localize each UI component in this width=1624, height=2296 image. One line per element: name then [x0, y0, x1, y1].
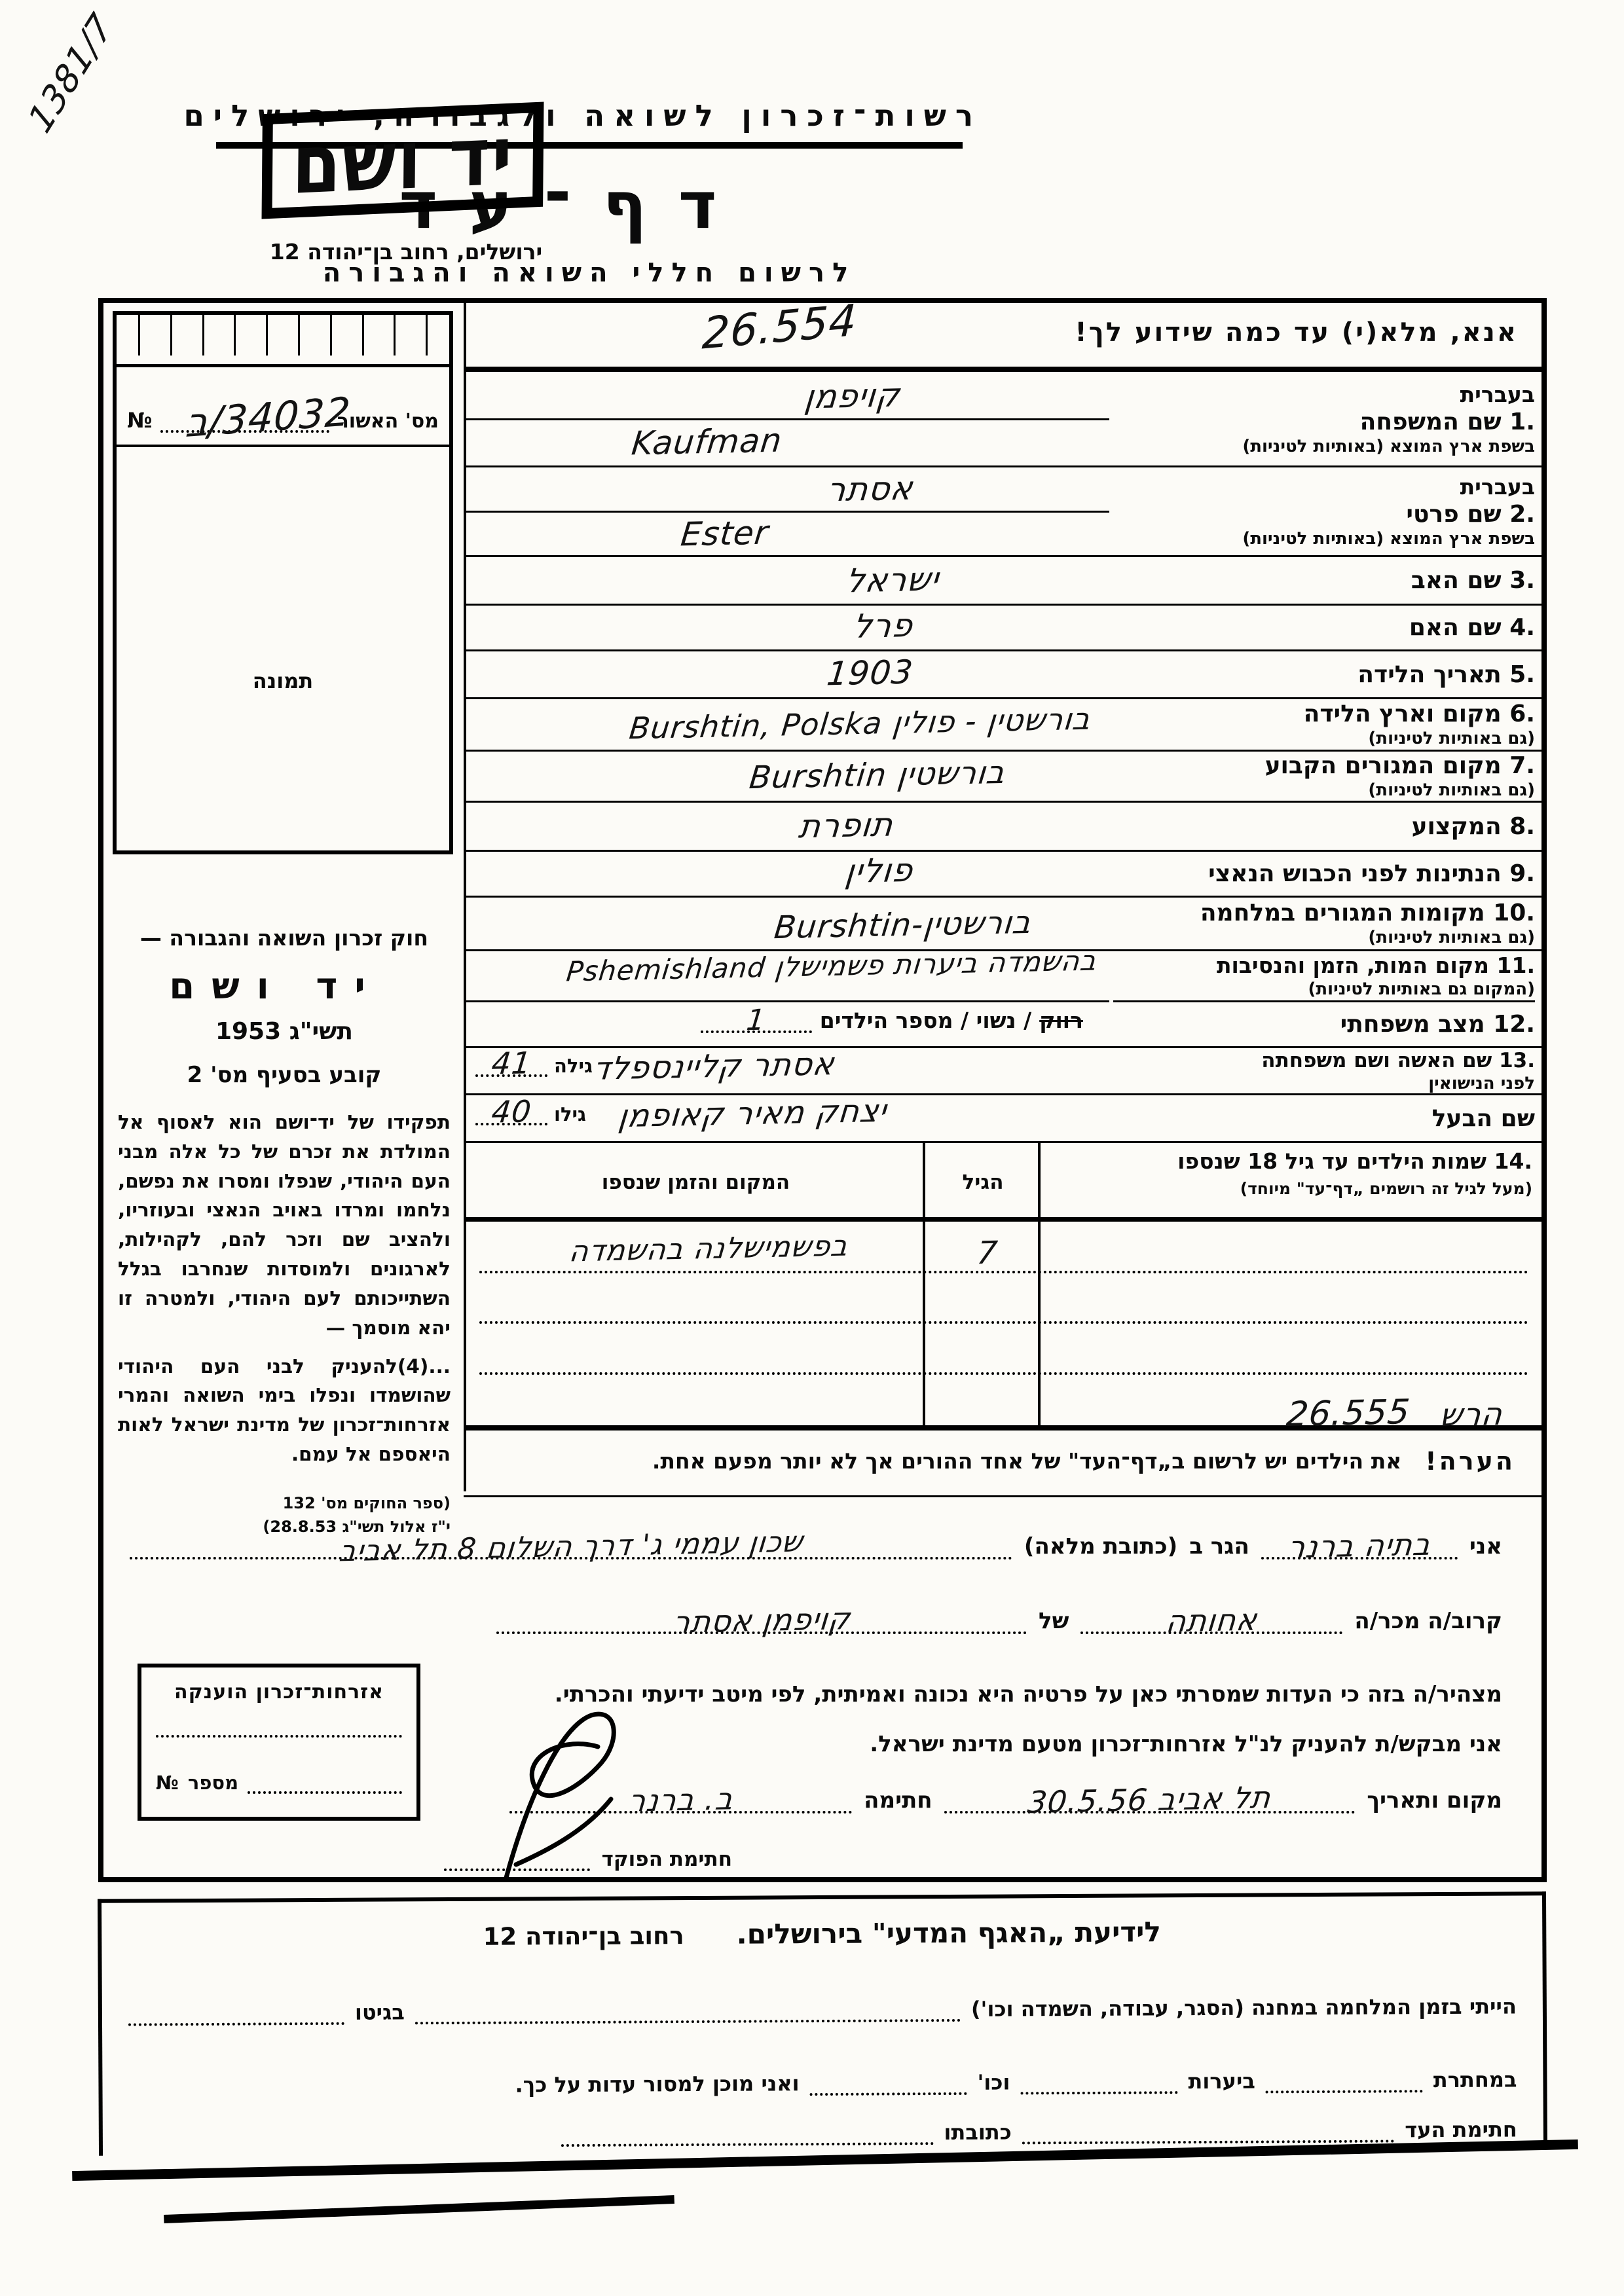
field-3-value: ישראל	[844, 560, 941, 600]
field-4-title: שם האם	[1409, 614, 1502, 641]
field-6-sub: (גם באותיות לטיניות)	[1113, 729, 1535, 748]
form-frame: מס' האשור № 34032/ב תמונה חוק זכרון השוא…	[98, 298, 1547, 1882]
field-2-write: אסתר Ester	[466, 467, 1109, 555]
decl-victim-name: קויפמן אסתר	[671, 1601, 853, 1640]
decl-of-dotted: קויפמן אסתר	[496, 1608, 1027, 1634]
field-birth-date: 5. תאריך הלידה 1903	[466, 651, 1541, 699]
field-5-value: 1903	[825, 653, 915, 693]
field-11-12-write: בהשמדה ביערות פשמישלן Pshemishland רווק …	[466, 951, 1109, 1046]
field-12-number: 12.	[1493, 1011, 1535, 1038]
law-year: תשי"ג 1953	[118, 1018, 451, 1045]
wife-age-unit: גילה 41	[475, 1055, 593, 1077]
declaration-section: אני בתיה ברנר הגר ב (כתובת מלאה) שכון עמ…	[103, 1491, 1541, 1887]
decl-request: אני מבקש/ת להעניק לנ"ל אזרחות־זכרון מטעם…	[870, 1731, 1502, 1757]
law-section: קובע בסעיף מס' 2	[118, 1062, 451, 1088]
husband-value: יצחק מאיר קאופמן	[617, 1093, 889, 1135]
field-2-lang: בעברית	[1113, 474, 1535, 500]
field-13-sub: לפני הנישואין	[1113, 1074, 1535, 1093]
bottom-title: לידיעת „האגף המדעי" בירושלים.	[737, 1916, 1161, 1950]
children-table: 14. שמות הילדים עד גיל 18 שנספו (מעל לגי…	[466, 1143, 1541, 1430]
field-6-label: 6. מקום וארץ הלידה (גם באותיות לטיניות)	[1109, 699, 1541, 750]
bottom-etc-dotted	[810, 2073, 967, 2096]
field-2-value-latin: Ester	[679, 514, 771, 554]
field-11-12-labels: 11. מקום המות, הזמן והנסיבות (המקום גם ב…	[1109, 951, 1541, 1046]
field-11-sub: (המקום גם באותיות לטיניות)	[1113, 979, 1535, 999]
field-1-number: 1.	[1509, 409, 1535, 435]
field-12-status-line: רווק / נשוי / מספר הילדים 1	[701, 1008, 1083, 1033]
field-4-value: פרל	[851, 606, 915, 646]
photo-label: תמונה	[117, 668, 449, 693]
field-6-value: בורשטין - פולין Burshtin, Polska	[627, 701, 1092, 746]
husband-title: שם הבעל	[1113, 1105, 1535, 1132]
field-birth-place: 6. מקום וארץ הלידה (גם באותיות לטיניות) …	[466, 699, 1541, 752]
field-11-title: מקום המות, הזמן והנסיבות	[1217, 953, 1489, 978]
child-1-place: בפשמישלנה בהשמדה	[568, 1230, 850, 1269]
witness-signature-dotted	[1022, 2120, 1395, 2144]
witness-signature-label: חתימת העד	[1405, 2117, 1517, 2142]
field-1-title: שם המשפחה	[1360, 409, 1502, 435]
field-3-label: 3. שם האב	[1109, 557, 1541, 604]
field-1-label: בעברית 1. שם המשפחה בשפת ארץ המוצא (באות…	[1109, 372, 1541, 465]
field-10-write: בורשטין-Burshtin	[466, 898, 1109, 949]
bottom-address: רחוב בן־יהודה 12	[483, 1922, 684, 1951]
field-4-number: 4.	[1509, 614, 1535, 641]
child-1-age-cell: 7	[977, 1235, 998, 1433]
field-wife-name: 13. שם האשה ושם משפחתה לפני הנישואין אסת…	[466, 1048, 1541, 1095]
tick-marks	[117, 315, 449, 367]
field-13-label: 13. שם האשה ושם משפחתה לפני הנישואין	[1109, 1048, 1541, 1093]
husband-age-unit: גילו 40	[475, 1103, 586, 1125]
field-1-value-hebrew: קויפמן	[803, 376, 902, 416]
husband-label: שם הבעל	[1109, 1095, 1541, 1141]
field-7-title: מקום המגורים הקבוע	[1265, 752, 1502, 779]
corner-archive-number: 1381/7	[21, 5, 121, 141]
logo-address: ירושלים, רחוב בן־יהודה 12	[252, 239, 560, 264]
field-husband-name: שם הבעל יצחק מאיר קאופמן גילו 40	[466, 1095, 1541, 1143]
husband-write: יצחק מאיר קאופמן גילו 40	[466, 1095, 1109, 1141]
bottom-line-1: הייתי בזמן המלחמה במחנה (הסגר, עבודה, הש…	[128, 1994, 1517, 2026]
field-13-number: 13.	[1499, 1049, 1535, 1072]
field-death-and-status: 11. מקום המות, הזמן והנסיבות (המקום גם ב…	[466, 951, 1541, 1048]
decl-signature-label: חתימה	[864, 1787, 932, 1813]
children-names-header: 14. שמות הילדים עד גיל 18 שנספו (מעל לגי…	[1041, 1143, 1541, 1222]
child-1-ref-number: 26.555	[1284, 1393, 1412, 1434]
law-body-2: ...(4)להעניק לבני העם היהודי שהושמדו ונפ…	[118, 1352, 451, 1469]
child-1-age: 7	[976, 1235, 1000, 1272]
field-5-write: 1903	[466, 651, 1109, 697]
field-9-write: פולין	[466, 852, 1109, 896]
field-7-number: 7.	[1509, 752, 1535, 779]
child-1-name: הרש	[1438, 1396, 1504, 1434]
field-5-label: 5. תאריך הלידה	[1109, 651, 1541, 697]
field-2-label: בעברית 2. שם פרטי בשפת ארץ המוצא (באותיו…	[1109, 467, 1541, 555]
law-sidebar: חוק זכרון השואה והגבורה — יד ושם תשי"ג 1…	[118, 925, 451, 1539]
field-1-value-latin: Kaufman	[630, 422, 784, 463]
field-7-write: בורשטין Burshtin	[466, 752, 1109, 801]
bottom-camp-dotted	[415, 1999, 961, 2024]
declaration-top-rule	[464, 1495, 1541, 1497]
law-title: חוק זכרון השואה והגבורה —	[118, 925, 451, 951]
field-1-sub: בשפת ארץ המוצא (באותיות לטיניות)	[1113, 437, 1535, 456]
field-14-number: 14.	[1494, 1148, 1532, 1174]
field-10-sub: (גם באותיות לטיניות)	[1113, 928, 1535, 947]
field-12-title: מצב משפחתי	[1340, 1011, 1485, 1038]
field-7-sub: (גם באותיות לטיניות)	[1113, 780, 1535, 800]
bottom-forests-dotted	[1020, 2071, 1177, 2094]
field-residence: 7. מקום המגורים הקבוע (גם באותיות לטיניו…	[466, 752, 1541, 803]
decl-resident-label: הגר ב	[1189, 1533, 1249, 1559]
field-2-sub: בשפת ארץ המוצא (באותיות לטיניות)	[1113, 529, 1535, 549]
fields-area: אנא, מלא(י) עד כמה שידוע לך! 26.554 בעבר…	[464, 303, 1541, 1491]
decl-name-dotted: בתיה ברנר	[1261, 1533, 1458, 1559]
field-9-label: 9. הנתינות לפני הכבוש הנאצי	[1109, 852, 1541, 896]
field-father-name: 3. שם האב ישראל	[466, 557, 1541, 606]
field-1-midline	[466, 418, 1109, 420]
status-single-strikethrough: רווק	[1039, 1008, 1083, 1033]
declaration-line-1: אני בתיה ברנר הגר ב (כתובת מלאה) שכון עמ…	[130, 1533, 1502, 1559]
decl-relation-dotted: אחותה	[1080, 1608, 1342, 1634]
field-9-value: פולין	[843, 851, 915, 890]
decl-witness-name: בתיה ברנר	[1286, 1527, 1433, 1565]
field-3-title: שם האב	[1411, 567, 1502, 594]
bottom-underground-dotted	[1266, 2070, 1423, 2093]
children-age-header: הגיל	[925, 1143, 1041, 1222]
field-8-title: המקצוע	[1412, 813, 1502, 840]
approval-number-row: מס' האשור № 34032/ב	[117, 367, 449, 447]
field-11-midline	[466, 1000, 1109, 1002]
field-11-label: 11. מקום המות, הזמן והנסיבות (המקום גם ב…	[1113, 951, 1535, 1000]
field-7-value: בורשטין Burshtin	[747, 754, 1006, 796]
approval-number-handwriting: 34032/ב	[184, 389, 352, 446]
field-12-label: 12. מצב משפחתי	[1113, 1000, 1535, 1046]
child-1-name-cell: הרש 26.555	[1287, 1235, 1502, 1433]
field-7-label: 7. מקום המגורים הקבוע (גם באותיות לטיניו…	[1109, 752, 1541, 801]
decl-i-label: אני	[1469, 1533, 1502, 1559]
children-place-header: המקום והזמן שנספו	[466, 1143, 925, 1222]
husband-age-dotted: 40	[475, 1103, 547, 1125]
approval-label: מס' האשור	[337, 410, 439, 433]
field-mother-name: 4. שם האם פרל	[466, 606, 1541, 651]
field-10-value: בורשטין-Burshtin	[772, 904, 1033, 946]
field-6-write: בורשטין - פולין Burshtin, Polska	[466, 699, 1109, 750]
field-3-number: 3.	[1509, 567, 1535, 594]
field-8-value: תופרת	[797, 806, 895, 846]
field-2-title: שם פרטי	[1406, 501, 1501, 528]
law-body: תפקידו של יד־ושם הוא לאסוף אל המולדת את …	[118, 1108, 451, 1343]
field-5-number: 5.	[1509, 661, 1535, 688]
bottom-underground-label: במחתרת	[1433, 2067, 1517, 2092]
wife-age-dotted: 41	[475, 1055, 547, 1077]
field-5-title: תאריך הלידה	[1357, 661, 1501, 688]
decl-address-dotted: שכון עממי ג' דרך השלום 8 תל אביב	[130, 1533, 1012, 1559]
field-9-number: 9.	[1509, 860, 1535, 887]
bottom-forests-label: ביערות	[1188, 2069, 1255, 2094]
field-8-label: 8. המקצוע	[1109, 803, 1541, 850]
wife-age-label: גילה	[554, 1055, 593, 1077]
status-options: / נשוי / מספר הילדים	[820, 1008, 1031, 1033]
field-first-name: בעברית 2. שם פרטי בשפת ארץ המוצא (באותיו…	[466, 467, 1541, 557]
clerk-signature-scribble	[480, 1701, 650, 1884]
field-1-lang: בעברית	[1113, 382, 1535, 407]
bottom-ghetto-label: בגיטו	[355, 1999, 405, 2024]
numero-sign: №	[127, 408, 153, 433]
decl-place-date-dotted: תל אביב 30.5.56	[944, 1787, 1356, 1813]
bottom-etc-label: וכו'	[977, 2070, 1010, 2095]
children-count-value: 1	[745, 1004, 767, 1038]
field-2-value-hebrew: אסתר	[825, 469, 915, 509]
bottom-camp-label: הייתי בזמן המלחמה במחנה (הסגר, עבודה, הש…	[971, 1994, 1517, 2021]
bottom-title-row: לידיעת „האגף המדעי" בירושלים. רחוב בן־יה…	[101, 1914, 1542, 1954]
yad-vashem-logo: יד ושם	[262, 102, 544, 219]
field-3-write: ישראל	[466, 557, 1109, 604]
field-11-value: בהשמדה ביערות פשמישלן Pshemishland	[565, 945, 1098, 988]
field-13-write: אסתר קליינספלד גילה 41	[466, 1048, 1109, 1093]
decl-address-label: (כתובת מלאה)	[1024, 1533, 1177, 1559]
decl-address-value: שכון עממי ג' דרך השלום 8 תל אביב	[337, 1525, 804, 1569]
field-6-title: מקום וארץ הלידה	[1304, 701, 1502, 727]
field-11-number: 11.	[1497, 953, 1535, 978]
file-number-handwriting: 26.554	[701, 295, 858, 359]
children-count-dotted: 1	[701, 1011, 812, 1033]
field-4-label: 4. שם האם	[1109, 606, 1541, 649]
field-9-title: הנתינות לפני הכבוש הנאצי	[1208, 860, 1502, 887]
decl-place-date-label: מקום ותאריך	[1367, 1787, 1502, 1813]
field-13-value: אסתר קליינספלד	[591, 1046, 836, 1087]
field-8-number: 8.	[1509, 813, 1535, 840]
photo-box: מס' האשור № 34032/ב תמונה	[113, 311, 453, 854]
decl-place-date-value: תל אביב 30.5.56	[1026, 1779, 1273, 1820]
fill-instruction: אנא, מלא(י) עד כמה שידוע לך!	[1075, 318, 1518, 348]
field-profession: 8. המקצוע תופרת	[466, 803, 1541, 852]
law-yad-vashem: יד ושם	[118, 965, 451, 1008]
logo-text: יד ושם	[291, 109, 514, 213]
decl-relation-label: קרוב/ה מכר/ה	[1354, 1608, 1502, 1634]
note-text: את הילדים יש לרשום ב„דף־העד" של אחד ההור…	[652, 1448, 1401, 1474]
testimony-page: 1381/7 רשות־זכרון לשואה ולגבורה, ירושלים…	[0, 0, 1624, 2296]
field-8-write: תופרת	[466, 803, 1109, 850]
field-family-name: בעברית 1. שם המשפחה בשפת ארץ המוצא (באות…	[466, 372, 1541, 467]
scientific-branch-section: לידיעת „האגף המדעי" בירושלים. רחוב בן־יה…	[98, 1891, 1547, 2156]
bottom-line-3: חתימת העד כתובתו	[561, 2117, 1517, 2147]
children-title: שמות הילדים עד גיל 18 שנספו	[1177, 1148, 1486, 1174]
decl-of-label: של	[1039, 1608, 1069, 1634]
field-10-label: 10. מקומות המגורים במלחמה (גם באותיות לט…	[1109, 898, 1541, 949]
field-6-number: 6.	[1509, 701, 1535, 727]
witness-address-dotted	[561, 2123, 934, 2147]
decl-statement: מצהיר/ה בזה כי העדות שמסרתי כאן על פרטיה…	[555, 1681, 1502, 1707]
bottom-scan-line-2	[164, 2195, 674, 2223]
field-1-write: קויפמן Kaufman	[466, 372, 1109, 465]
wife-age-value: 41	[490, 1045, 533, 1081]
bottom-ghetto-dotted	[128, 2003, 344, 2026]
witness-address-label: כתובתו	[944, 2119, 1012, 2145]
field-2-midline	[466, 511, 1109, 513]
field-citizenship: 9. הנתינות לפני הכבוש הנאצי פולין	[466, 852, 1541, 898]
child-1-place-cell: בפשמישלנה בהשמדה	[570, 1232, 847, 1433]
declaration-line-2: קרוב/ה מכר/ה אחותה של קויפמן אסתר	[496, 1608, 1502, 1634]
husband-age-label: גילו	[554, 1103, 586, 1125]
husband-age-value: 40	[490, 1093, 533, 1129]
declaration-line-5: מקום ותאריך תל אביב 30.5.56 חתימה ב. ברנ…	[509, 1787, 1502, 1813]
bottom-willing-label: ואני מוכן למסור עדות על כך.	[515, 2071, 799, 2097]
children-subtitle: (מעל לגיל זה רושמים „דף־עד" מיוחד)	[1050, 1179, 1532, 1198]
field-10-title: מקומות המגורים במלחמה	[1200, 900, 1485, 926]
field-13-title: שם האשה ושם משפחתה	[1261, 1049, 1492, 1072]
instruction-strip: אנא, מלא(י) עד כמה שידוע לך! 26.554	[466, 303, 1541, 372]
note-label: הערה!	[1425, 1447, 1515, 1476]
note-band: הערה! את הילדים יש לרשום ב„דף־העד" של אח…	[466, 1430, 1541, 1491]
field-10-number: 10.	[1493, 900, 1535, 926]
field-2-number: 2.	[1509, 501, 1535, 528]
field-4-write: פרל	[466, 606, 1109, 649]
bottom-line-2: במחתרת ביערות וכו' ואני מוכן למסור עדות …	[128, 2067, 1517, 2099]
field-wartime-residence: 10. מקומות המגורים במלחמה (גם באותיות לט…	[466, 898, 1541, 951]
decl-relation-value: אחותה	[1164, 1602, 1259, 1639]
